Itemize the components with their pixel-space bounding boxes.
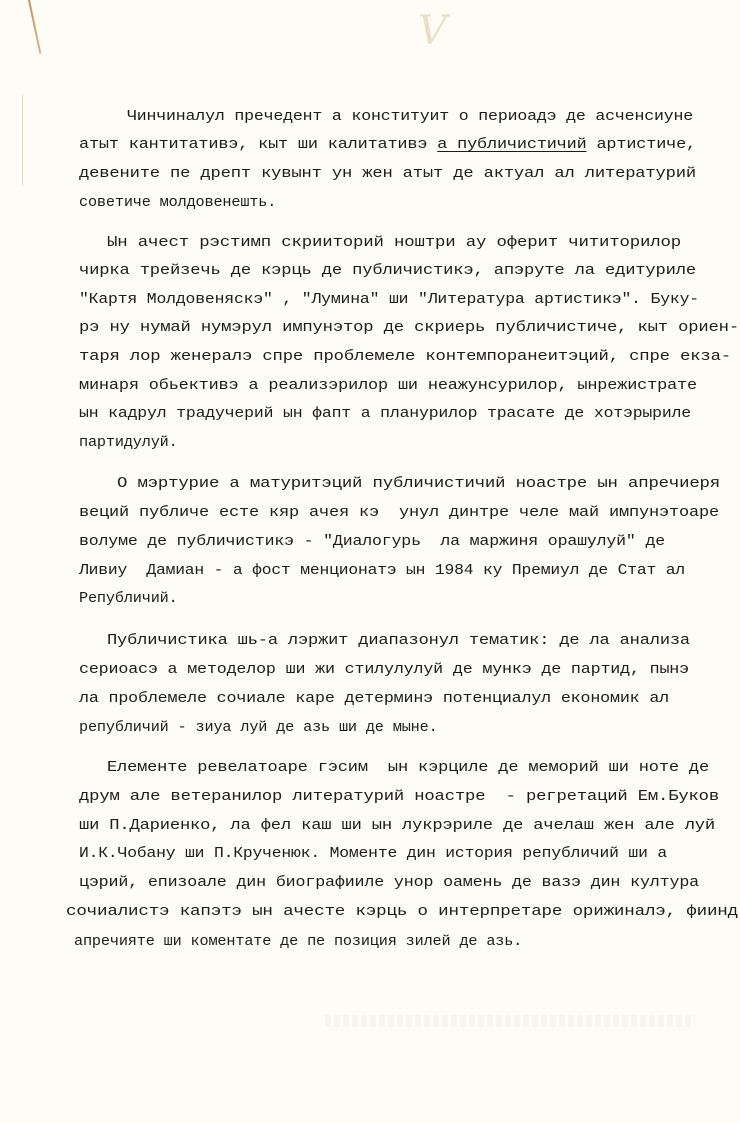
text-line: советиче молдовенешть.: [79, 192, 276, 212]
bleed-through-text: [325, 1015, 695, 1027]
text-line: чирка трейзечь де кэрць де публичистикэ,…: [79, 260, 696, 280]
text-line: рэ ну нумай нумэрул импунэтор де скриерь…: [79, 317, 739, 337]
text-line: Елементе ревелатоаре гэсим ын кэрциле де…: [107, 757, 709, 777]
text-line: ын кадрул традучерий ын фапт а планурило…: [79, 403, 691, 423]
text-line: О мэртурие а матуритэций публичистичий н…: [117, 473, 720, 493]
document-page: V Чинчиналул пречедент а конституит о пе…: [0, 0, 740, 1123]
text-line: девените пе дрепт кувынт ун жен атыт де …: [79, 163, 696, 183]
text-line: ла проблемеле сочиале каре детерминэ пот…: [79, 688, 669, 708]
text-line: сериоасэ а методелор ши жи стилулулуй де…: [79, 659, 689, 679]
text-line: Ливиу Дамиан - а фост менционатэ ын 1984…: [79, 560, 685, 580]
text-line: минаря обьективэ а реализэрилор ши неажу…: [79, 375, 697, 395]
text-line: "Картя Молдовеняскэ" , "Лумина" ши "Лите…: [79, 289, 699, 309]
text-line: И.К.Чобану ши П.Крученюк. Моменте дин ис…: [79, 843, 667, 863]
margin-pencil-mark: [28, 0, 41, 54]
check-mark-annotation: V: [418, 8, 447, 54]
text-line: Чинчиналул пречедент а конституит о пери…: [127, 106, 693, 126]
text-line: Републичий.: [79, 588, 178, 608]
text-line: волуме де публичистикэ - "Диалогурь ла м…: [79, 531, 665, 551]
text-line: таря лор женералэ спре проблемеле контем…: [79, 346, 731, 366]
text-line: веций публиче есте кяр ачея кэ унул динт…: [79, 502, 719, 522]
text-line: ши П.Дариенко, ла фел каш ши ын лукрэрил…: [79, 815, 715, 835]
text-line: партидулуй.: [79, 432, 178, 452]
text-line: цэрий, епизоале дин биографииле унор оам…: [79, 872, 699, 892]
text-line: Публичистика шь-а лэржит диапазонул тема…: [107, 630, 690, 650]
text-line: друм але ветеранилор литературий ноастре…: [79, 786, 719, 806]
text-line: атыт кантитативэ, кыт ши калитативэ а пу…: [79, 134, 696, 154]
text-line: апречияте ши коментате де пе позиция зил…: [74, 931, 522, 951]
underlined-phrase: а публичистичий: [437, 135, 586, 153]
text-line: сочиалистэ капэтэ ын ачесте кэрць о инте…: [66, 901, 738, 921]
margin-fold-line: [22, 95, 23, 185]
text-line: Ын ачест рэстимп скрииторий ноштри ау оф…: [107, 232, 681, 252]
text-line: републичий - зиуа луй де азь ши де мыне.: [79, 717, 438, 737]
